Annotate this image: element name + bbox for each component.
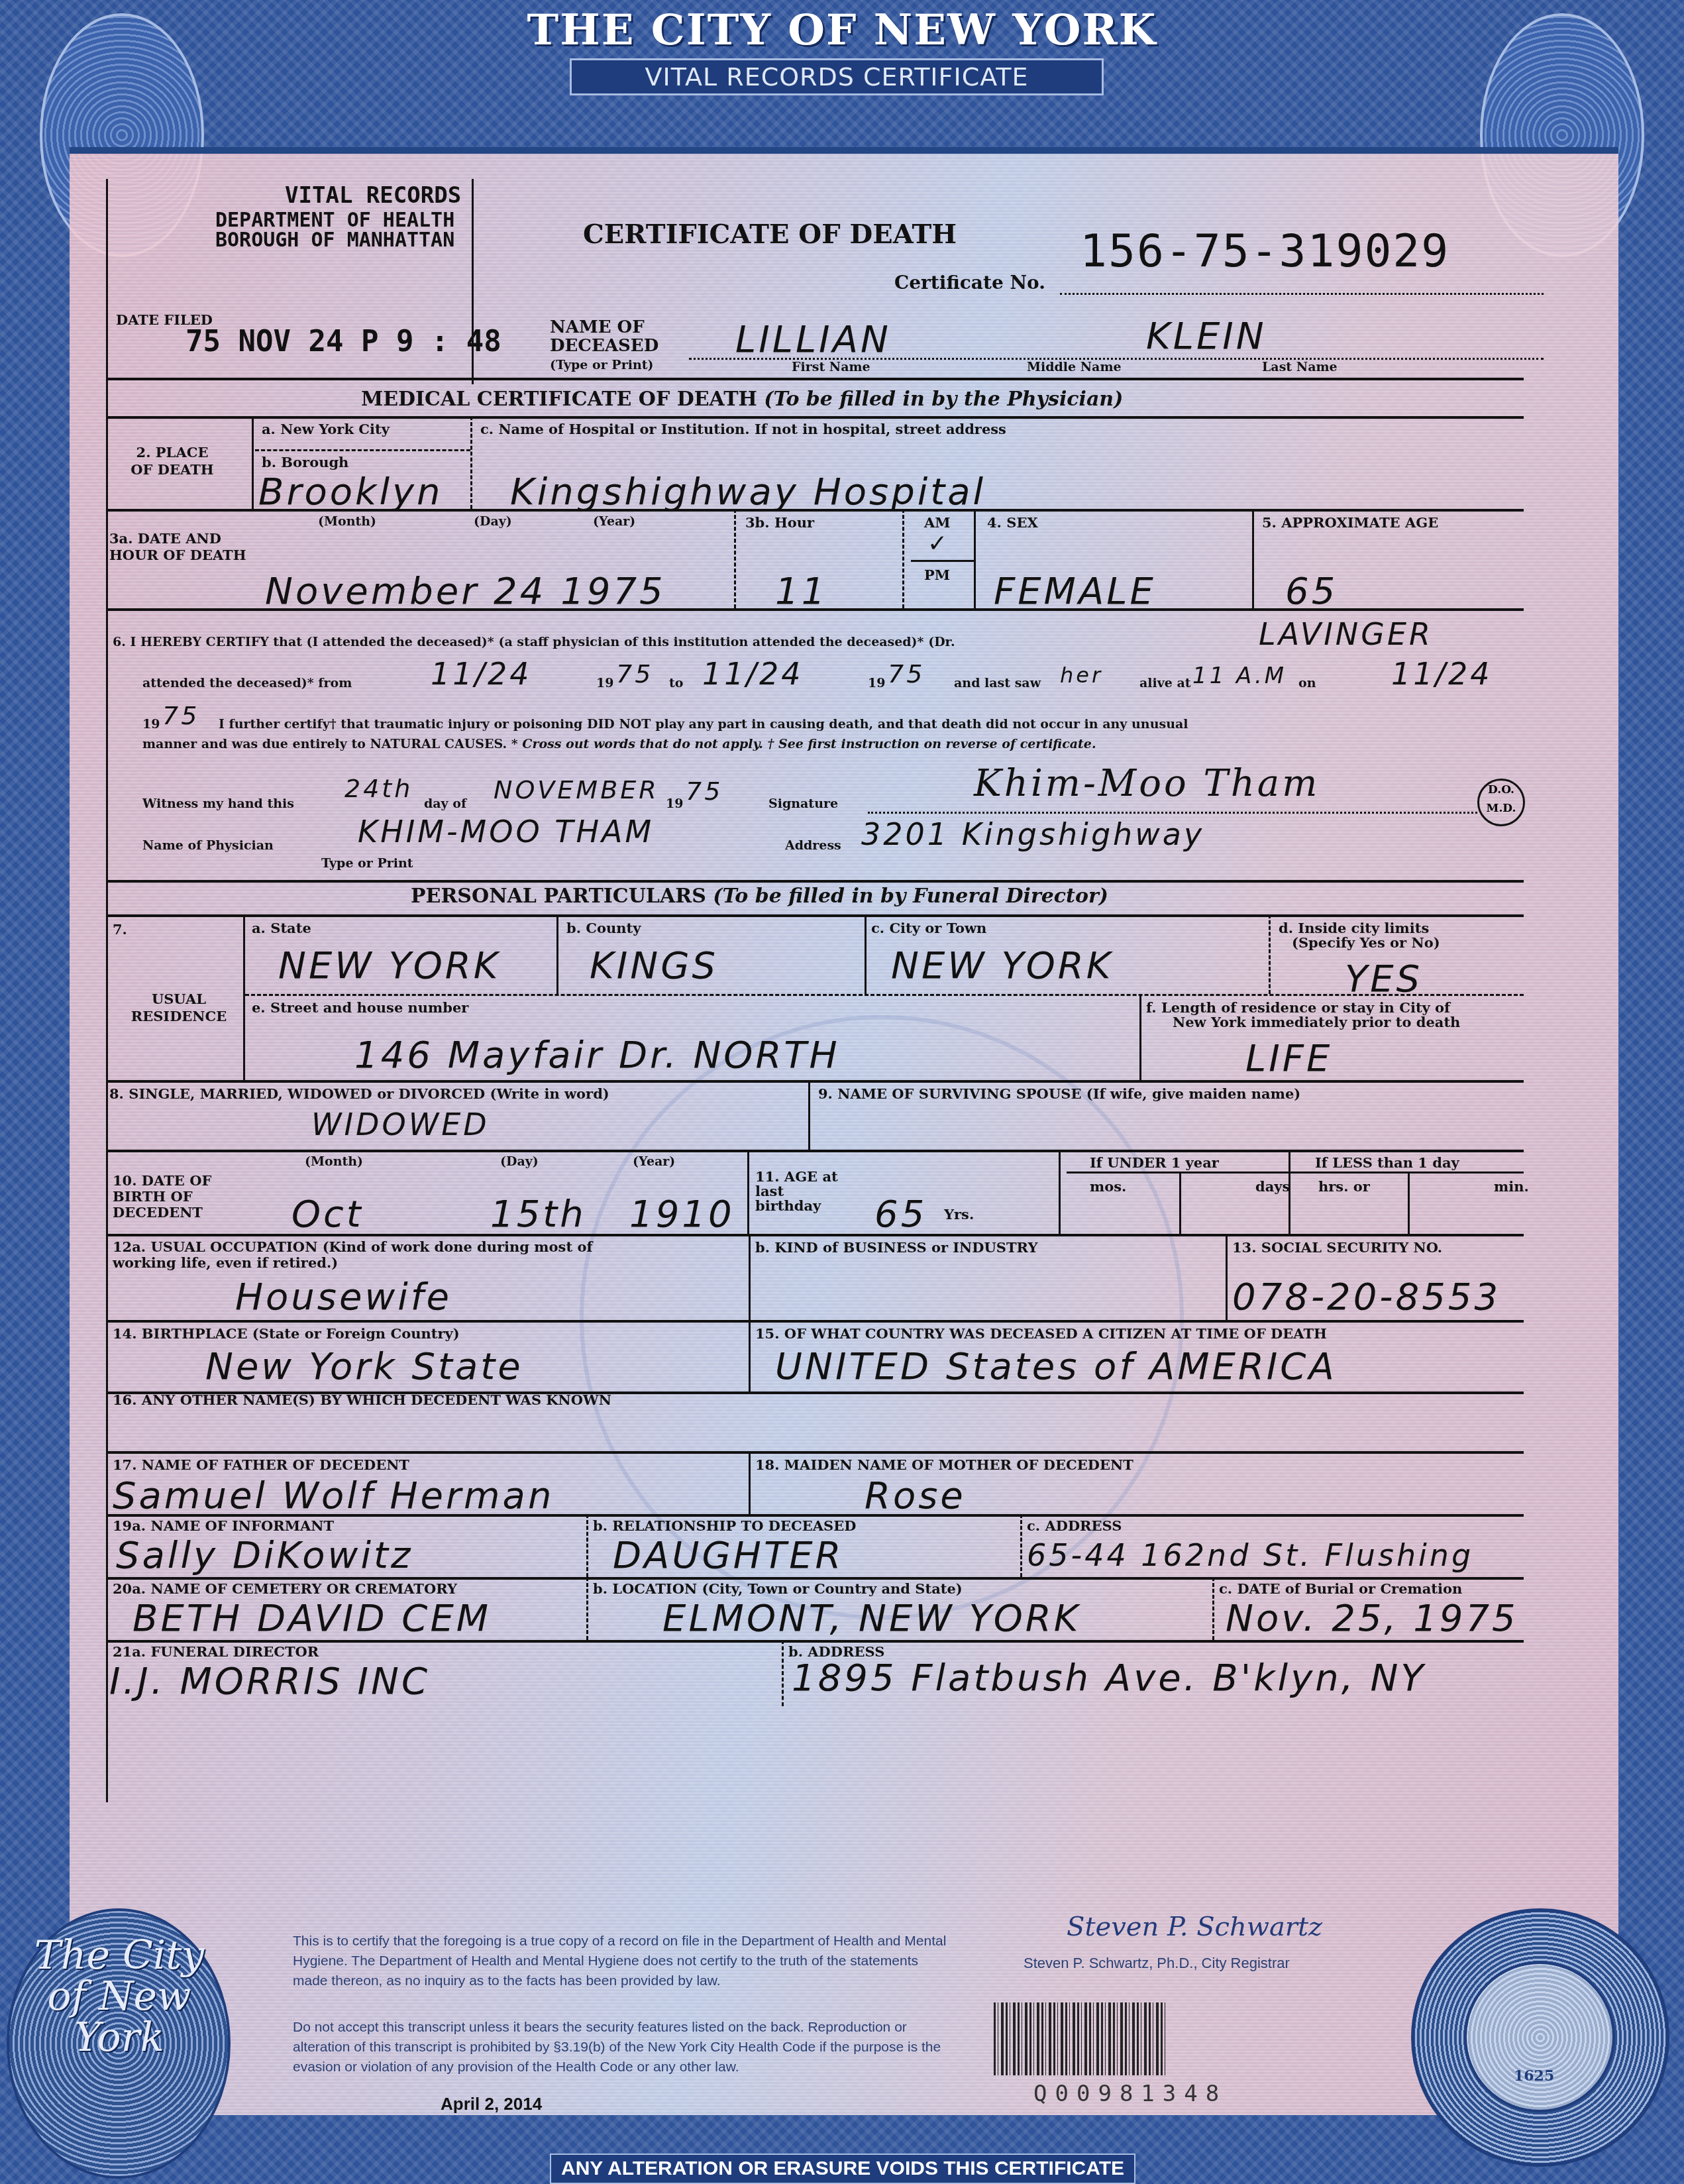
rule [586,1577,588,1640]
burial-location-value: ELMONT, NEW YORK [662,1597,1080,1640]
informant-address-value: 65-44 162nd St. Flushing [1027,1537,1473,1573]
deceased-last-name: KLEIN [1146,315,1267,358]
rule [106,1451,1524,1454]
attended-to-year: 75 [888,659,925,688]
physician-address-label: Address [785,838,841,853]
certify-line-4: manner and was due entirely to NATURAL C… [142,737,1096,751]
informant-name-label: 19a. NAME OF INFORMANT [113,1517,334,1534]
medical-section-heading: MEDICAL CERTIFICATE OF DEATH (To be fill… [361,388,1123,411]
document-subtitle: VITAL RECORDS CERTIFICATE [570,58,1104,95]
certify-line-1: 6. I HEREBY CERTIFY that (I attended the… [113,635,955,649]
rule [782,1640,784,1706]
funeral-director-value: I.J. MORRIS INC [109,1660,430,1703]
other-names-label: 16. ANY OTHER NAME(S) BY WHICH DECEDENT … [113,1392,611,1408]
citizenship-label: 15. OF WHAT COUNTRY WAS DECEASED A CITIZ… [755,1325,1327,1342]
birthplace-label: 14. BIRTHPLACE (State or Foreign Country… [113,1325,460,1342]
date-filed-value: 75 NOV 24 P 9 : 48 [185,325,501,358]
birth-year-label: (Year) [633,1154,675,1169]
from-year-prefix: 19 [596,676,613,690]
line3-year-prefix: 19 [142,717,160,732]
medical-heading-note: (To be filled in by the Physician) [764,388,1123,411]
inside-limits-sublabel: (Specify Yes or No) [1292,934,1440,951]
informant-name-value: Sally DiKowitz [116,1534,413,1577]
alive-at-label: alive at [1139,676,1191,690]
rule [106,914,1524,917]
nyc-logo-text: The City of New York [26,1935,212,2058]
relationship-label: b. RELATIONSHIP TO DECEASED [593,1517,856,1534]
rule [252,416,254,509]
attended-from-date: 11/24 [431,656,532,692]
rule [1252,509,1254,608]
hospital-label: c. Name of Hospital or Institution. If n… [480,421,1006,437]
marital-status-label: 8. SINGLE, MARRIED, WIDOWED or DIVORCED … [109,1085,609,1102]
age-label: 11. AGE at last birthday [755,1170,848,1213]
witness-day: 24th [344,774,413,803]
usual-residence-label: USUAL RESIDENCE [113,991,245,1025]
personal-section-heading: PERSONAL PARTICULARS (To be filled in by… [411,885,1108,908]
certificate-paper [70,147,1618,2115]
alive-time: 11 A.M [1192,663,1287,689]
place-borough-value: Brooklyn [258,470,443,514]
rule [243,914,245,1080]
registrar-name: Steven P. Schwartz, Ph.D., City Registra… [1024,1955,1290,1972]
length-residence-sublabel: New York immediately prior to death [1173,1014,1460,1030]
name-of-deceased-label: NAME OF DECEASED [550,318,669,355]
occupation-label: 12a. USUAL OCCUPATION (Kind of work done… [113,1239,656,1271]
type-or-print-label: (Type or Print) [550,358,653,372]
father-name-value: Samuel Wolf Herman [113,1474,554,1517]
to-label: to [669,676,683,690]
barcode [994,2002,1166,2075]
age-value: 65 [874,1193,927,1236]
signature-dotline [868,812,1477,814]
burial-location-label: b. LOCATION (City, Town or Country and S… [593,1580,963,1597]
pm-label: PM [924,567,950,583]
physician-name-label: Name of Physician [142,838,274,853]
funeral-director-label: 21a. FUNERAL DIRECTOR [113,1643,319,1660]
rule [245,994,1524,996]
rule [106,608,1524,611]
left-margin-line [106,179,108,1802]
month-label: (Month) [318,514,376,529]
day-label: (Day) [474,514,512,529]
birth-year: 1910 [629,1193,735,1236]
hrs-label: hrs. or [1318,1178,1370,1195]
certify-true-copy-text: This is to certify that the foregoing is… [293,1932,955,1991]
sex-value: FEMALE [994,570,1156,613]
rule [556,914,558,994]
certificate-number-label: Certificate No. [894,272,1045,294]
last-seen-date: 11/24 [1391,656,1493,692]
business-label: b. KIND of BUSINESS or INDUSTRY [755,1239,1037,1256]
hour-label: 3b. Hour [745,514,814,531]
marital-status-value: WIDOWED [311,1107,490,1142]
father-name-label: 17. NAME OF FATHER OF DECEDENT [113,1456,409,1473]
rule [1269,914,1271,994]
mos-label: mos. [1090,1178,1126,1195]
rule [586,1514,588,1577]
rule [902,509,904,608]
rule [749,1234,751,1320]
birth-month: Oct [291,1193,364,1236]
hour-value: 11 [775,570,827,613]
approx-age-value: 65 [1285,570,1338,613]
rule [106,1514,1524,1517]
rule [1226,1234,1228,1320]
rule [106,1150,1524,1152]
day-of-label: day of [424,796,466,811]
residence-city: NEW YORK [891,944,1113,987]
line3-year: 75 [162,701,199,730]
seal-year: 1625 [1514,2067,1554,2085]
ssn-label: 13. SOCIAL SECURITY NO. [1232,1239,1442,1256]
rule [974,509,976,608]
date-of-death-value: November 24 1975 [265,570,666,613]
date-hour-death-label: 3a. DATE AND HOUR OF DEATH [109,530,262,563]
rule [1020,1514,1022,1577]
residence-street: 146 Mayfair Dr. NORTH [354,1034,840,1077]
residence-number: 7. [113,921,127,938]
rule [106,880,1524,883]
less-day-label: If LESS than 1 day [1315,1154,1459,1171]
medical-heading-text: MEDICAL CERTIFICATE OF DEATH [361,388,757,411]
witness-year-prefix: 19 [666,796,683,811]
degree-do: D.O. [1479,781,1523,799]
cemetery-value: BETH DAVID CEM [132,1597,491,1640]
on-label: on [1298,676,1316,690]
funeral-address-value: 1895 Flatbush Ave. B'klyn, NY [792,1657,1426,1700]
stamp-line-1: VITAL RECORDS [285,182,461,209]
last-name-label: Last Name [1262,360,1338,374]
year-label: (Year) [593,514,635,529]
deceased-first-name: LILLIAN [735,318,891,361]
days-label: days [1255,1178,1290,1195]
personal-heading-text: PERSONAL PARTICULARS [411,885,706,908]
physician-type-or-print: Type or Print [321,856,413,871]
rule [1059,1150,1061,1234]
approx-age-label: 5. APPROXIMATE AGE [1262,514,1438,531]
mother-name-label: 18. MAIDEN NAME OF MOTHER OF DECEDENT [755,1456,1133,1473]
physician-name: KHIM-MOO THAM [358,814,654,849]
witness-year: 75 [686,777,723,806]
cemetery-label: 20a. NAME OF CEMETERY OR CREMATORY [113,1580,457,1597]
issue-date: April 2, 2014 [441,2094,542,2114]
physician-address: 3201 Kingshighway [861,816,1204,852]
surviving-spouse-label: 9. NAME OF SURVIVING SPOUSE (If wife, gi… [818,1085,1300,1102]
rule [1067,1172,1524,1174]
birth-month-label: (Month) [305,1154,363,1169]
rule [106,1320,1524,1323]
rule [808,1080,810,1150]
rule [911,560,974,562]
first-name-label: First Name [792,360,870,374]
place-of-death-label: 2. PLACE OF DEATH [126,444,219,478]
am-label: AM [924,514,951,531]
county-label: b. County [566,920,641,936]
citizenship-value: UNITED States of AMERICA [775,1345,1337,1388]
street-label: e. Street and house number [252,999,468,1016]
rule [734,509,736,608]
to-year-prefix: 19 [868,676,885,690]
attended-from-year: 75 [616,659,653,688]
last-saw-pronoun: her [1060,663,1103,688]
seal-inner-ring [1464,1961,1615,2112]
borough-label: b. Borough [262,454,348,470]
city-label: c. City or Town [871,920,986,936]
certify-line-3: I further certify† that traumatic injury… [219,717,1188,732]
natural-causes-text: manner and was due entirely to NATURAL C… [142,737,507,751]
rule [1212,1577,1214,1640]
degree-circle: D.O. M.D. [1477,779,1525,826]
mother-name-value: Rose [865,1474,966,1517]
informant-address-label: c. ADDRESS [1027,1517,1122,1534]
birth-date-label: 10. DATE OF BIRTH OF DECEDENT [113,1173,258,1221]
certificate-number: 156-75-319029 [1080,225,1449,278]
cert-no-dotline [1060,293,1544,295]
rule [749,1320,751,1392]
occupation-value: Housewife [235,1276,452,1319]
burial-date-label: c. DATE of Burial or Cremation [1219,1580,1462,1597]
registrar-signature: Steven P. Schwartz [1067,1912,1322,1942]
place-institution-value: Kingshighway Hospital [510,470,986,514]
physician-signature: Khim-Moo Tham [974,762,1320,805]
signature-label: Signature [768,796,838,811]
witness-month: NOVEMBER [494,775,659,804]
birthplace-value: New York State [205,1345,523,1388]
rule [1179,1172,1181,1234]
residence-county: KINGS [590,944,718,987]
am-checkmark-icon: ✓ [927,530,950,557]
document-title: THE CITY OF NEW YORK [0,5,1684,55]
rule [106,509,1524,512]
cross-out-note: * Cross out words that do not apply. † S… [511,737,1096,751]
rule [106,1640,1524,1643]
last-saw-label: and last saw [954,676,1041,690]
burial-date-value: Nov. 25, 1975 [1226,1597,1518,1640]
rule [106,378,1524,380]
rule [106,416,1524,419]
rule [1139,994,1141,1080]
attended-to-date: 11/24 [702,656,804,692]
certificate-title: CERTIFICATE OF DEATH [583,219,957,250]
birth-day: 15th [490,1193,586,1236]
degree-md: M.D. [1479,799,1523,818]
personal-heading-note: (To be filled in by Funeral Director) [713,885,1108,908]
birth-day-label: (Day) [500,1154,539,1169]
min-label: min. [1494,1178,1529,1195]
rule [470,416,472,509]
rule [749,1451,751,1514]
rule [106,1577,1524,1580]
nyc-label: a. New York City [262,421,390,437]
length-residence-value: LIFE [1245,1037,1332,1080]
transcript-warning-text: Do not accept this transcript unless it … [293,2018,955,2077]
witness-label: Witness my hand this [142,796,294,811]
ssn-value: 078-20-8553 [1232,1276,1500,1319]
rule [747,1150,749,1234]
stamp-line-3: BOROUGH OF MANHATTAN [215,229,454,252]
attending-doctor: LAVINGER [1259,616,1433,652]
rule [1408,1172,1410,1234]
age-unit: Yrs. [944,1206,974,1223]
rule [106,1080,1524,1083]
barcode-number: Q00981348 [1033,2081,1227,2107]
residence-state: NEW YORK [278,944,500,987]
relationship-value: DAUGHTER [613,1534,843,1577]
under-year-label: If UNDER 1 year [1090,1154,1219,1171]
rule [106,1234,1524,1236]
middle-name-label: Middle Name [1027,360,1122,374]
alteration-warning-banner: ANY ALTERATION OR ERASURE VOIDS THIS CER… [550,2154,1135,2184]
state-label: a. State [252,920,311,936]
certify-line-2-prefix: attended the deceased)* from [142,676,352,690]
rule [255,449,470,451]
sex-label: 4. SEX [987,514,1038,531]
rule [865,914,867,994]
